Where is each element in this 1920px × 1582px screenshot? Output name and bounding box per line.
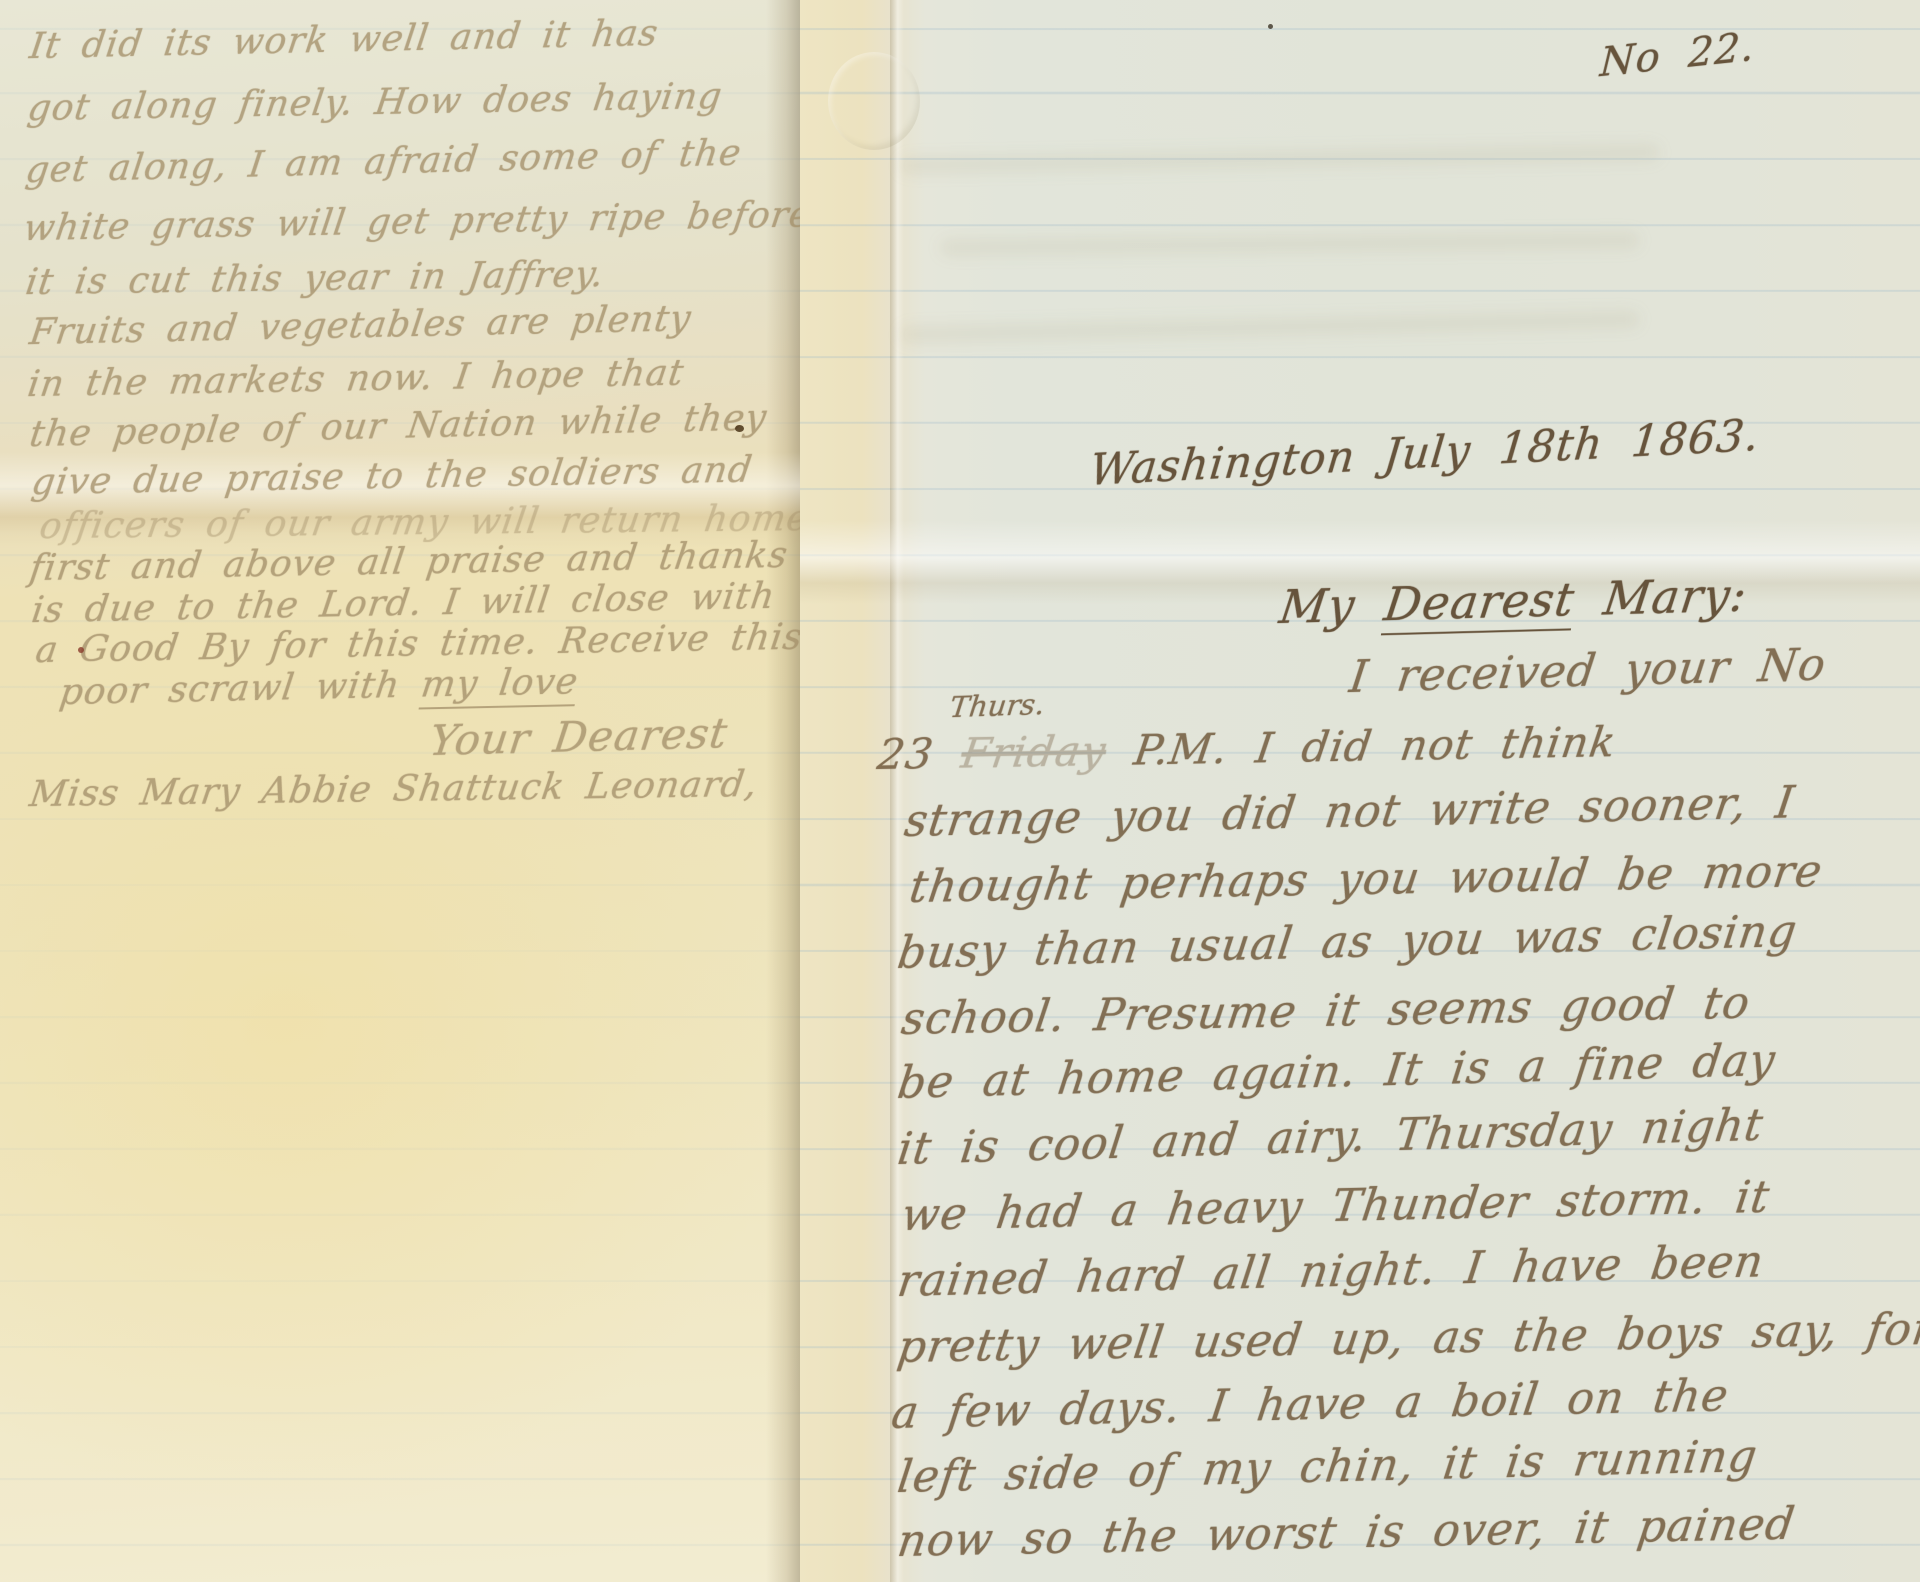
letter-line-text: poor scrawl with <box>57 664 424 713</box>
edited-line-text: 23 <box>875 728 966 779</box>
ink-speck <box>1268 24 1273 29</box>
interlined-word: Thurs. <box>948 687 1047 724</box>
signature-line: Your Dearest <box>427 708 731 765</box>
embossed-seal <box>828 52 920 150</box>
letter-scan: It did its work well and it has got alon… <box>0 0 1920 1582</box>
edited-line-text: P.M. I did not think <box>1103 717 1620 775</box>
salutation-text: Mary: <box>1571 568 1751 627</box>
struck-word: Friday <box>958 726 1109 778</box>
salutation-text: My <box>1276 577 1388 634</box>
ink-speck <box>78 647 84 653</box>
letter-line: it is cut this year in Jaffrey. <box>23 254 607 303</box>
underlined-phrase: my love <box>418 661 581 709</box>
underlined-phrase: Dearest <box>1381 572 1578 635</box>
ink-speck <box>735 425 744 432</box>
